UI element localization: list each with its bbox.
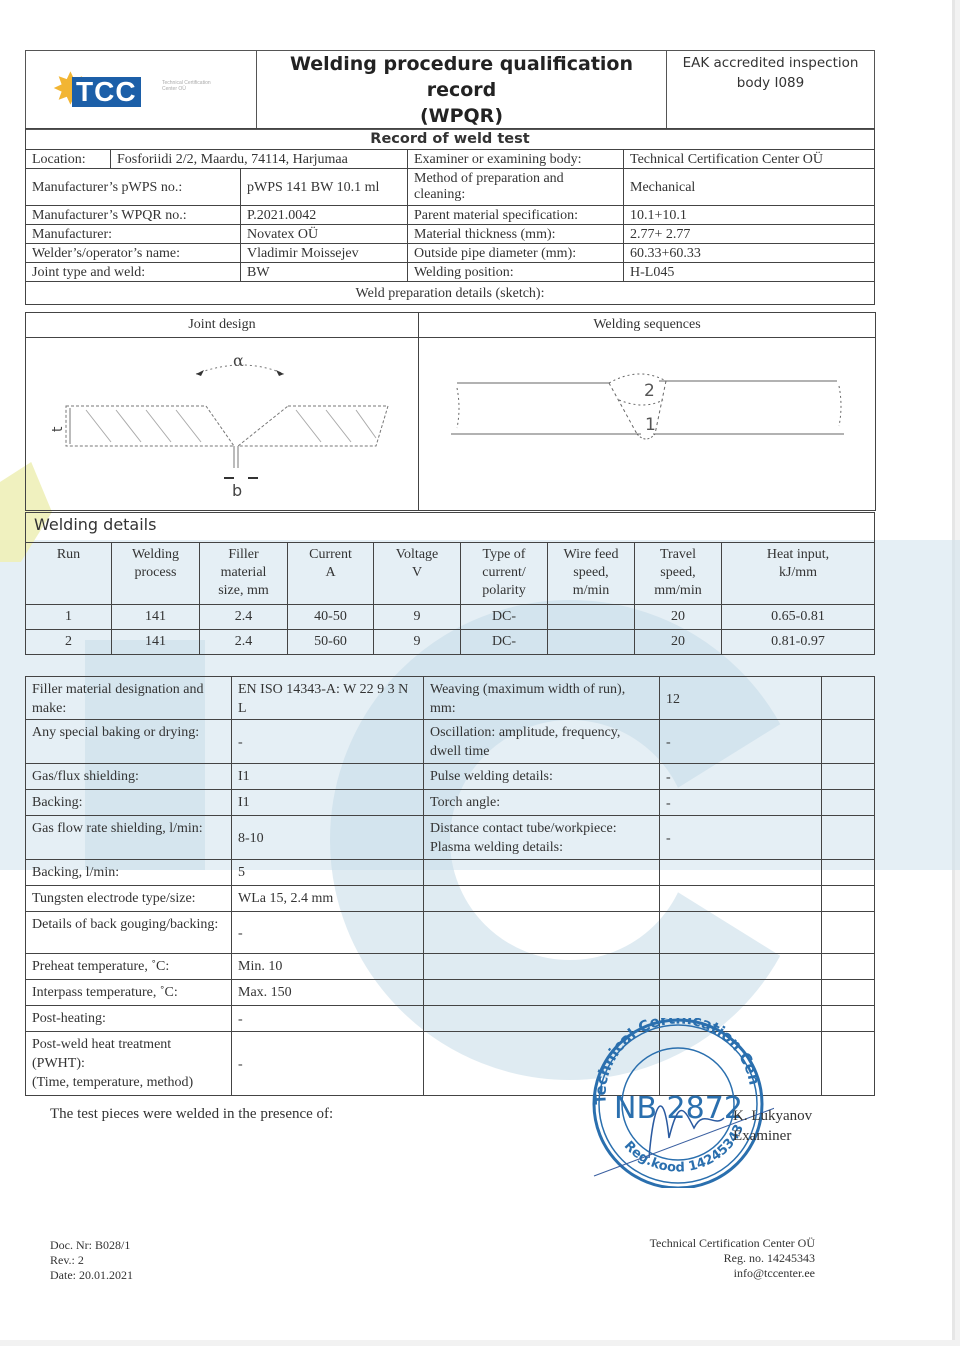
- table-cell: 141: [112, 630, 200, 655]
- parameter-label-text: Gas/flux shielding:: [32, 767, 225, 786]
- table-cell: 20: [635, 605, 722, 630]
- parameter-label: [424, 980, 660, 1006]
- parameter-value-text: EN ISO 14343-A: W 22 9 3 N L: [238, 680, 417, 718]
- svg-text:2: 2: [644, 381, 655, 401]
- table-row: Interpass temperature, ˚C:Max. 150: [26, 980, 875, 1006]
- record-caption: Record of weld test: [26, 129, 875, 150]
- table-row: Preheat temperature, ˚C:Min. 10: [26, 954, 875, 980]
- column-header: CurrentA: [288, 543, 374, 605]
- position-value: H-L045: [624, 263, 875, 282]
- parameter-label-text: Tungsten electrode type/size:: [32, 889, 225, 908]
- table-row: Backing:I1Torch angle:-: [26, 790, 875, 816]
- table-cell: 50-60: [288, 630, 374, 655]
- column-header: VoltageV: [374, 543, 461, 605]
- svg-text:α: α: [233, 351, 244, 370]
- parameter-label-text: (Time, temperature, method): [32, 1073, 225, 1092]
- parameter-label: Distance contact tube/workpiece:Plasma w…: [424, 816, 660, 860]
- svg-text:b: b: [232, 481, 242, 500]
- column-header-line: kJ/mm: [728, 564, 868, 582]
- parameter-value: 12: [660, 677, 822, 720]
- parameter-label-text: Interpass temperature, ˚C:: [32, 983, 225, 1002]
- parameter-label: Gas flow rate shielding, l/min:: [26, 816, 232, 860]
- parameter-value-text: -: [666, 733, 815, 752]
- parameter-value: Max. 150: [232, 980, 424, 1006]
- table-cell: DC-: [461, 605, 548, 630]
- column-header-line: Heat input,: [728, 546, 868, 564]
- document-title: Welding procedure qualification record (…: [257, 51, 667, 130]
- parameter-label: Preheat temperature, ˚C:: [26, 954, 232, 980]
- location-label: Location:: [26, 150, 111, 169]
- table-row: Tungsten electrode type/size:WLa 15, 2.4…: [26, 886, 875, 912]
- parameter-value-text: -: [238, 1010, 417, 1029]
- revision: Rev.: 2: [50, 1253, 133, 1268]
- diameter-label: Outside pipe diameter (mm):: [408, 244, 624, 263]
- column-header-line: process: [118, 564, 193, 582]
- column-header-line: Type of: [467, 546, 541, 564]
- wpqr-label: Manufacturer’s WPQR no.:: [26, 206, 241, 225]
- parameter-label: Backing:: [26, 790, 232, 816]
- title-line-2: (WPQR): [263, 103, 660, 129]
- parameter-value-text: -: [666, 768, 815, 787]
- welding-sequences-title: Welding sequences: [419, 313, 876, 338]
- parameter-value: I1: [232, 790, 424, 816]
- parameter-value-text: Max. 150: [238, 983, 417, 1002]
- table-cell: 2.4: [200, 605, 288, 630]
- document-page: ✸ TCC Technical Certification Center OÜ …: [0, 0, 955, 1340]
- parameter-label: Details of back gouging/backing:: [26, 912, 232, 954]
- table-row: Gas flow rate shielding, l/min:8-10Dista…: [26, 816, 875, 860]
- tcc-logo: ✸ TCC Technical Certification Center OÜ: [52, 68, 212, 112]
- parameter-label: Tungsten electrode type/size:: [26, 886, 232, 912]
- empty-cell: [822, 790, 875, 816]
- parameter-value: [660, 980, 822, 1006]
- welder-label: Welder’s/operator’s name:: [26, 244, 241, 263]
- presence-statement: The test pieces were welded in the prese…: [50, 1106, 333, 1123]
- empty-cell: [822, 677, 875, 720]
- parameter-label-text: Plasma welding details:: [430, 838, 653, 857]
- parameter-label-text: Post-heating:: [32, 1009, 225, 1028]
- parameter-value: -: [232, 912, 424, 954]
- logo-text: TCC: [72, 77, 141, 107]
- parameter-label-text: Any special baking or drying:: [32, 723, 225, 742]
- column-header-line: size, mm: [206, 582, 281, 600]
- thickness-value: 2.77+ 2.77: [624, 225, 875, 244]
- column-header-line: polarity: [467, 582, 541, 600]
- parameter-value-text: -: [238, 924, 417, 943]
- parameter-value-text: -: [238, 733, 417, 752]
- column-header: Heat input,kJ/mm: [722, 543, 875, 605]
- thickness-label: Material thickness (mm):: [408, 225, 624, 244]
- parameter-label: Torch angle:: [424, 790, 660, 816]
- parameter-value: Min. 10: [232, 954, 424, 980]
- welding-details-table: Welding details RunWeldingprocessFillerm…: [25, 512, 875, 655]
- table-cell: 9: [374, 605, 461, 630]
- column-header-line: Wire feed: [554, 546, 628, 564]
- manufacturer-value: Novatex OÜ: [241, 225, 408, 244]
- examiner-signature: K. Lukyanov Examiner: [733, 1106, 812, 1146]
- accreditation-line-2: body I089: [673, 73, 868, 93]
- footer-company-info: Technical Certification Center OÜ Reg. n…: [650, 1236, 815, 1281]
- table-row: Any special baking or drying:-Oscillatio…: [26, 720, 875, 764]
- parameter-value: -: [660, 764, 822, 790]
- column-header-line: current/: [467, 564, 541, 582]
- parameter-value: [660, 860, 822, 886]
- title-line-1: Welding procedure qualification record: [263, 51, 660, 103]
- joint-value: BW: [241, 263, 408, 282]
- welder-value: Vladimir Moissejev: [241, 244, 408, 263]
- parameter-label-text: Distance contact tube/workpiece:: [430, 819, 653, 838]
- parameter-value-text: I1: [238, 793, 417, 812]
- empty-cell: [822, 816, 875, 860]
- welding-details-title: Welding details: [26, 513, 875, 543]
- parameter-value-text: WLa 15, 2.4 mm: [238, 889, 417, 908]
- welding-details-body: 11412.440-509DC-200.65-0.8121412.450-609…: [26, 605, 875, 655]
- parameter-label: [424, 912, 660, 954]
- empty-cell: [822, 1006, 875, 1032]
- prep-label: Method of preparation and cleaning:: [408, 169, 624, 206]
- column-header: Run: [26, 543, 112, 605]
- parameter-label-text: Gas flow rate shielding, l/min:: [32, 819, 225, 838]
- parameter-value: -: [660, 816, 822, 860]
- examiner-role: Examiner: [733, 1126, 812, 1146]
- table-row: Backing, l/min:5: [26, 860, 875, 886]
- table-cell: 2: [26, 630, 112, 655]
- parameter-label: Filler material designation and make:: [26, 677, 232, 720]
- pwps-label: Manufacturer’s pWPS no.:: [26, 169, 241, 206]
- parameter-value: EN ISO 14343-A: W 22 9 3 N L: [232, 677, 424, 720]
- certification-stamp-icon: Technical Certification Center Reg.kood …: [584, 1018, 774, 1188]
- examiner-name: K. Lukyanov: [733, 1106, 812, 1126]
- empty-cell: [822, 1032, 875, 1096]
- joint-label: Joint type and weld:: [26, 263, 241, 282]
- column-header: Fillermaterialsize, mm: [200, 543, 288, 605]
- empty-cell: [822, 886, 875, 912]
- parameter-label-text: Backing, l/min:: [32, 863, 225, 882]
- accreditation-note: EAK accredited inspection body I089: [667, 51, 875, 130]
- parameter-value: [660, 954, 822, 980]
- column-header-line: Run: [32, 546, 105, 564]
- empty-cell: [822, 912, 875, 954]
- parameter-value: -: [660, 720, 822, 764]
- parameter-label-text: Oscillation: amplitude, frequency, dwell…: [430, 723, 653, 761]
- column-header: Weldingprocess: [112, 543, 200, 605]
- table-cell: 9: [374, 630, 461, 655]
- logo-cell: ✸ TCC Technical Certification Center OÜ: [26, 51, 257, 130]
- joint-design-drawing: α t b: [26, 338, 419, 511]
- parameter-label-text: Pulse welding details:: [430, 767, 653, 786]
- parameter-value-text: -: [666, 829, 815, 848]
- parameter-value: 5: [232, 860, 424, 886]
- column-header: Travelspeed,mm/min: [635, 543, 722, 605]
- weld-sketch: Joint design Welding sequences: [25, 312, 876, 511]
- column-header-line: mm/min: [641, 582, 715, 600]
- svg-text:NB 2872: NB 2872: [614, 1091, 743, 1126]
- parameter-value: 8-10: [232, 816, 424, 860]
- examiner-label: Examiner or examining body:: [408, 150, 624, 169]
- table-cell: 1: [26, 605, 112, 630]
- parameter-label: Post-weld heat treatment (PWHT):(Time, t…: [26, 1032, 232, 1096]
- column-header-line: Voltage: [380, 546, 454, 564]
- parameter-label: Pulse welding details:: [424, 764, 660, 790]
- svg-text:t: t: [50, 426, 66, 432]
- parameter-value: I1: [232, 764, 424, 790]
- parameter-value: -: [232, 1032, 424, 1096]
- column-header-line: m/min: [554, 582, 628, 600]
- position-label: Welding position:: [408, 263, 624, 282]
- examiner-value: Technical Certification Center OÜ: [624, 150, 875, 169]
- joint-design-icon: α t b: [26, 338, 418, 510]
- company-name: Technical Certification Center OÜ: [650, 1236, 815, 1251]
- column-header-line: Filler: [206, 546, 281, 564]
- column-header-line: speed,: [641, 564, 715, 582]
- parameter-label: Interpass temperature, ˚C:: [26, 980, 232, 1006]
- diameter-value: 60.33+60.33: [624, 244, 875, 263]
- record-of-weld-test: Record of weld test Location: Fosforiidi…: [25, 128, 875, 305]
- document-date: Date: 20.01.2021: [50, 1268, 133, 1283]
- column-header-line: material: [206, 564, 281, 582]
- manufacturer-label: Manufacturer:: [26, 225, 241, 244]
- parameter-label-text: Filler material designation and make:: [32, 680, 225, 718]
- empty-cell: [822, 860, 875, 886]
- parameter-label: Post-heating:: [26, 1006, 232, 1032]
- parameter-value-text: 8-10: [238, 829, 417, 848]
- wpqr-value: P.2021.0042: [241, 206, 408, 225]
- column-header: Type ofcurrent/polarity: [461, 543, 548, 605]
- doc-number: Doc. Nr: B028/1: [50, 1238, 133, 1253]
- table-cell: 2.4: [200, 630, 288, 655]
- table-row: Gas/flux shielding:I1Pulse welding detai…: [26, 764, 875, 790]
- table-cell: [548, 630, 635, 655]
- empty-cell: [822, 980, 875, 1006]
- welding-details-header: RunWeldingprocessFillermaterialsize, mmC…: [26, 543, 875, 605]
- table-cell: 141: [112, 605, 200, 630]
- table-cell: 40-50: [288, 605, 374, 630]
- parameter-value-text: Min. 10: [238, 957, 417, 976]
- table-cell: 20: [635, 630, 722, 655]
- parameter-value: -: [232, 720, 424, 764]
- column-header-line: Travel: [641, 546, 715, 564]
- empty-cell: [822, 764, 875, 790]
- parameter-label: [424, 860, 660, 886]
- parameter-label-text: Details of back gouging/backing:: [32, 915, 225, 934]
- parameter-label: [424, 954, 660, 980]
- parameter-value: -: [232, 1006, 424, 1032]
- welding-sequences-icon: 2 1: [419, 338, 875, 510]
- accreditation-line-1: EAK accredited inspection: [673, 53, 868, 73]
- welding-sequences-drawing: 2 1: [419, 338, 876, 511]
- parameter-value-text: 5: [238, 863, 417, 882]
- parameter-label: Weaving (maximum width of run), mm:: [424, 677, 660, 720]
- parent-material-value: 10.1+10.1: [624, 206, 875, 225]
- parent-material-label: Parent material specification:: [408, 206, 624, 225]
- footer-document-info: Doc. Nr: B028/1 Rev.: 2 Date: 20.01.2021: [50, 1238, 133, 1283]
- parameter-label: Any special baking or drying:: [26, 720, 232, 764]
- table-row: Details of back gouging/backing:-: [26, 912, 875, 954]
- parameter-label: Gas/flux shielding:: [26, 764, 232, 790]
- column-header: Wire feedspeed,m/min: [548, 543, 635, 605]
- column-header-line: V: [380, 564, 454, 582]
- svg-text:1: 1: [645, 415, 656, 435]
- parameter-value: WLa 15, 2.4 mm: [232, 886, 424, 912]
- table-row: 21412.450-609DC-200.81-0.97: [26, 630, 875, 655]
- sketch-caption: Weld preparation details (sketch):: [26, 282, 875, 305]
- empty-cell: [822, 720, 875, 764]
- parameter-value: [660, 886, 822, 912]
- parameter-label: [424, 886, 660, 912]
- parameter-value-text: -: [238, 1055, 417, 1074]
- parameter-value: -: [660, 790, 822, 816]
- table-cell: DC-: [461, 630, 548, 655]
- parameter-value-text: -: [666, 794, 815, 813]
- table-cell: 0.65-0.81: [722, 605, 875, 630]
- document-header: ✸ TCC Technical Certification Center OÜ …: [25, 50, 875, 130]
- table-cell: 0.81-0.97: [722, 630, 875, 655]
- parameter-value-text: I1: [238, 767, 417, 786]
- parameter-label: Backing, l/min:: [26, 860, 232, 886]
- column-header-line: A: [294, 564, 367, 582]
- table-row: 11412.440-509DC-200.65-0.81: [26, 605, 875, 630]
- parameter-label-text: Torch angle:: [430, 793, 653, 812]
- parameter-label-text: Preheat temperature, ˚C:: [32, 957, 225, 976]
- logo-subtext: Technical Certification Center OÜ: [162, 80, 212, 92]
- column-header-line: speed,: [554, 564, 628, 582]
- parameter-label: Oscillation: amplitude, frequency, dwell…: [424, 720, 660, 764]
- registration-number: Reg. no. 14245343: [650, 1251, 815, 1266]
- parameter-value-text: 12: [666, 690, 815, 709]
- parameter-label-text: Backing:: [32, 793, 225, 812]
- joint-design-title: Joint design: [26, 313, 419, 338]
- company-email[interactable]: info@tccenter.ee: [650, 1266, 815, 1281]
- parameter-label-text: Weaving (maximum width of run), mm:: [430, 680, 653, 718]
- column-header-line: Welding: [118, 546, 193, 564]
- empty-cell: [822, 954, 875, 980]
- table-cell: [548, 605, 635, 630]
- prep-value: Mechanical: [624, 169, 875, 206]
- location-value: Fosforiidi 2/2, Maardu, 74114, Harjumaa: [111, 150, 408, 169]
- table-row: Filler material designation and make:EN …: [26, 677, 875, 720]
- column-header-line: Current: [294, 546, 367, 564]
- pwps-value: pWPS 141 BW 10.1 ml: [241, 169, 408, 206]
- parameter-value: [660, 912, 822, 954]
- parameter-label-text: Post-weld heat treatment (PWHT):: [32, 1035, 225, 1073]
